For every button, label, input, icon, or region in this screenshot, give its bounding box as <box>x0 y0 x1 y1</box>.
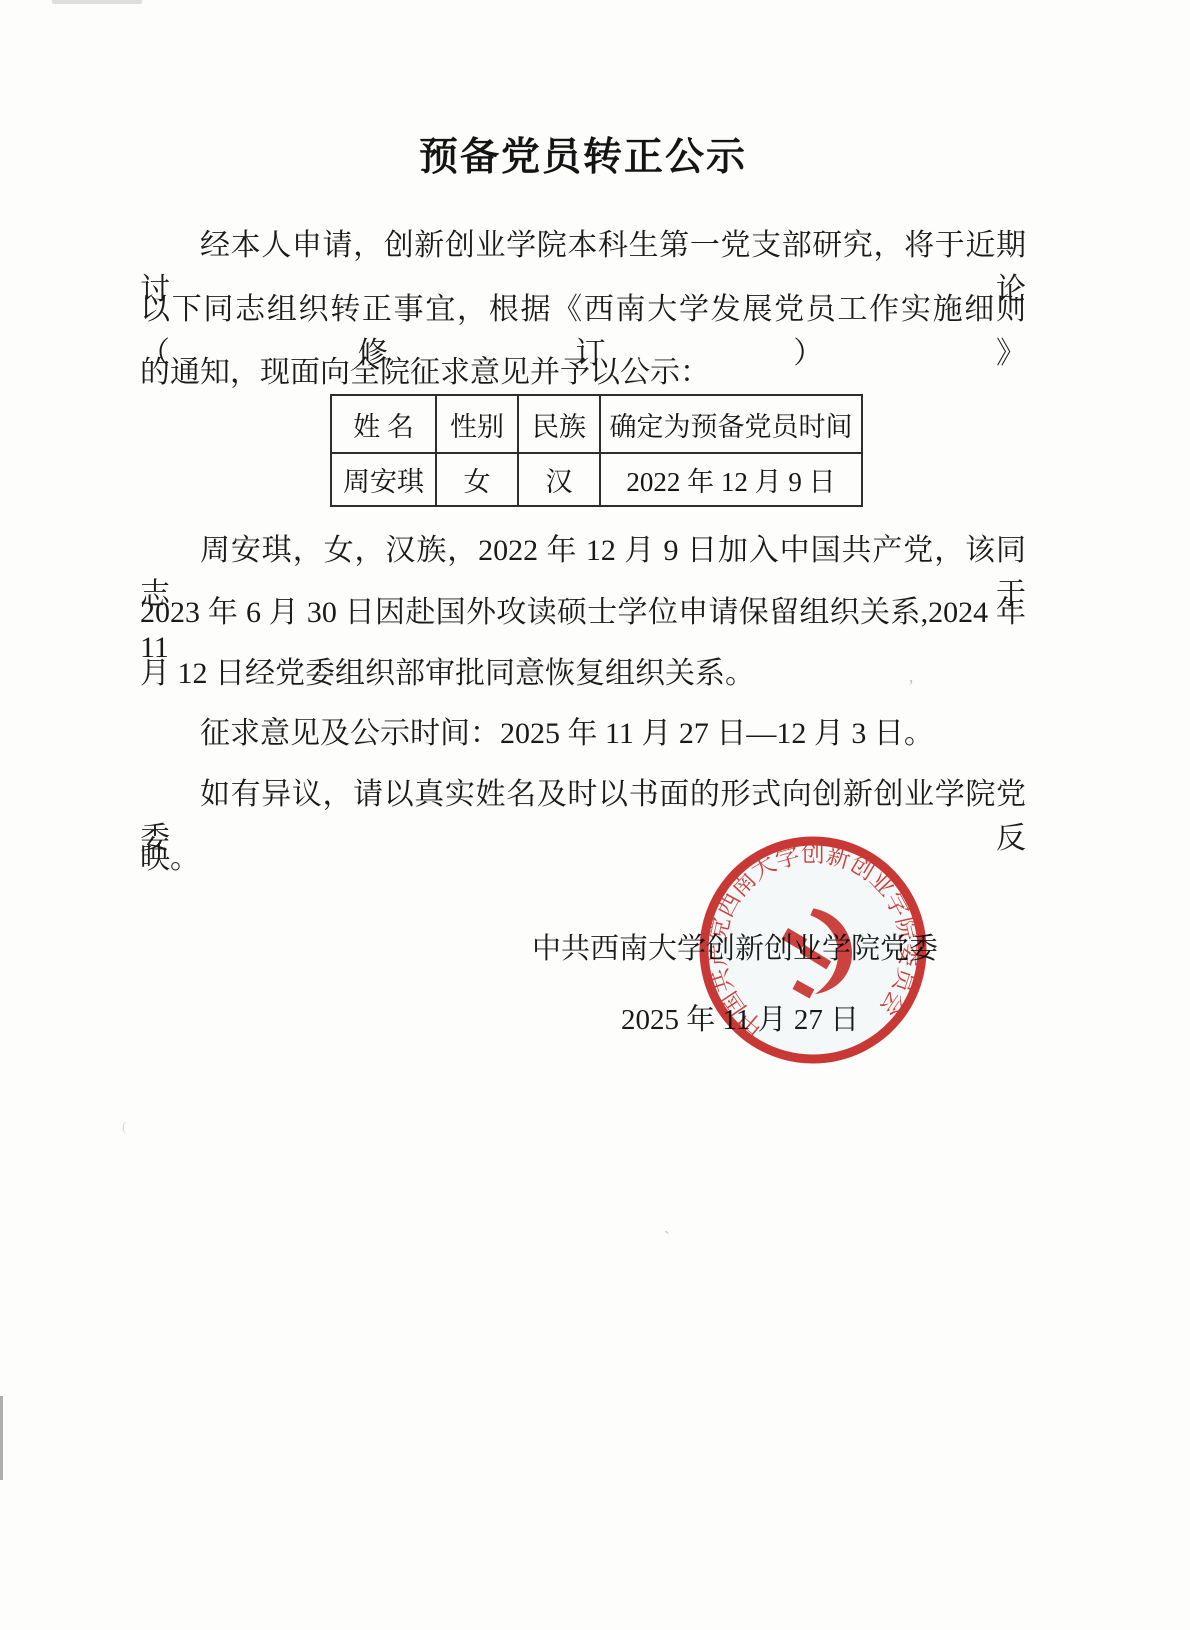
seal-inner-tint <box>698 835 929 1066</box>
document-title: 预备党员转正公示 <box>140 126 1026 182</box>
scan-speck-3: ( <box>122 1120 127 1136</box>
paragraph2-line3: 月 12 日经党委组织部审批同意恢复组织关系。 <box>140 648 1026 692</box>
header-cell-date: 确定为预备党员时间 <box>600 395 862 453</box>
member-table: 姓 名 性别 民族 确定为预备党员时间 周安琪 女 汉 2022 年 12 月 … <box>330 394 863 507</box>
scan-artifact-left-edge <box>0 1396 3 1480</box>
cell-ethnicity: 汉 <box>518 453 600 506</box>
scan-speck-2: ` <box>664 1228 670 1249</box>
cell-gender: 女 <box>436 453 518 506</box>
cell-name: 周安琪 <box>331 453 436 506</box>
header-cell-name: 姓 名 <box>331 395 436 453</box>
cell-date: 2022 年 12 月 9 日 <box>600 453 862 506</box>
scanned-document-page: ’ ` ( 预备党员转正公示 经本人申请，创新创业学院本科生第一党支部研究，将于… <box>0 0 1190 1630</box>
table-header-row: 姓 名 性别 民族 确定为预备党员时间 <box>331 395 862 453</box>
header-cell-gender: 性别 <box>436 395 518 453</box>
paragraph3-line1: 征求意见及公示时间：2025 年 11 月 27 日—12 月 3 日。 <box>140 708 1026 752</box>
paragraph1-line3: 的通知，现面向全院征求意见并予以公示： <box>140 347 1026 391</box>
scan-artifact-top-left <box>52 0 142 4</box>
table-row: 周安琪 女 汉 2022 年 12 月 9 日 <box>331 453 862 506</box>
official-seal: 中国共产党西南大学创新创业学院委员会 <box>693 830 933 1070</box>
header-cell-ethnicity: 民族 <box>518 395 600 453</box>
